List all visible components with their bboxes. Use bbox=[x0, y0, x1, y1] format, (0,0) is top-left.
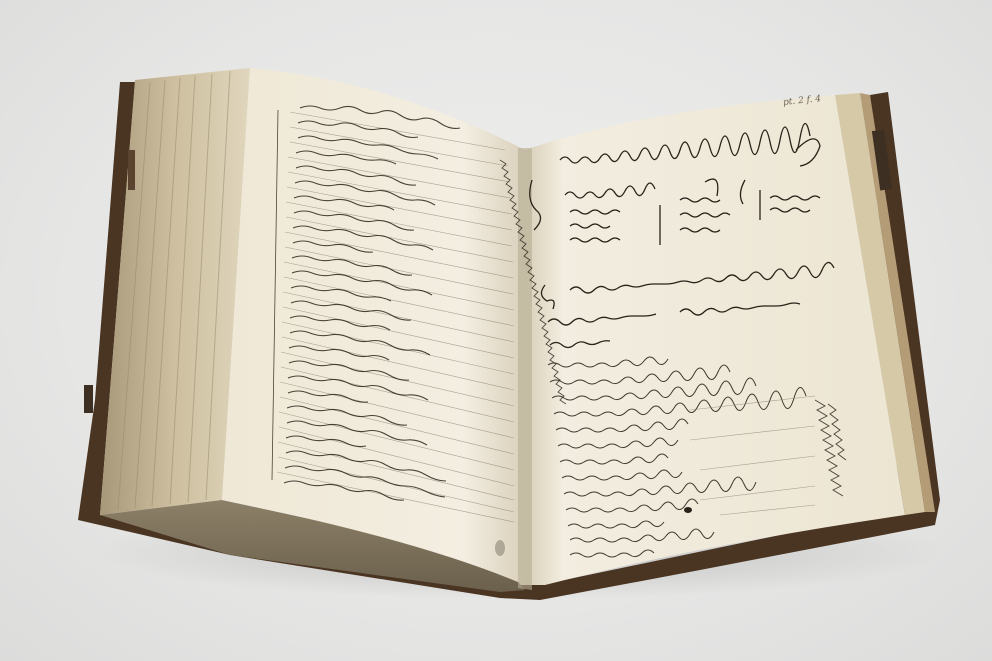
open-book bbox=[0, 0, 992, 661]
